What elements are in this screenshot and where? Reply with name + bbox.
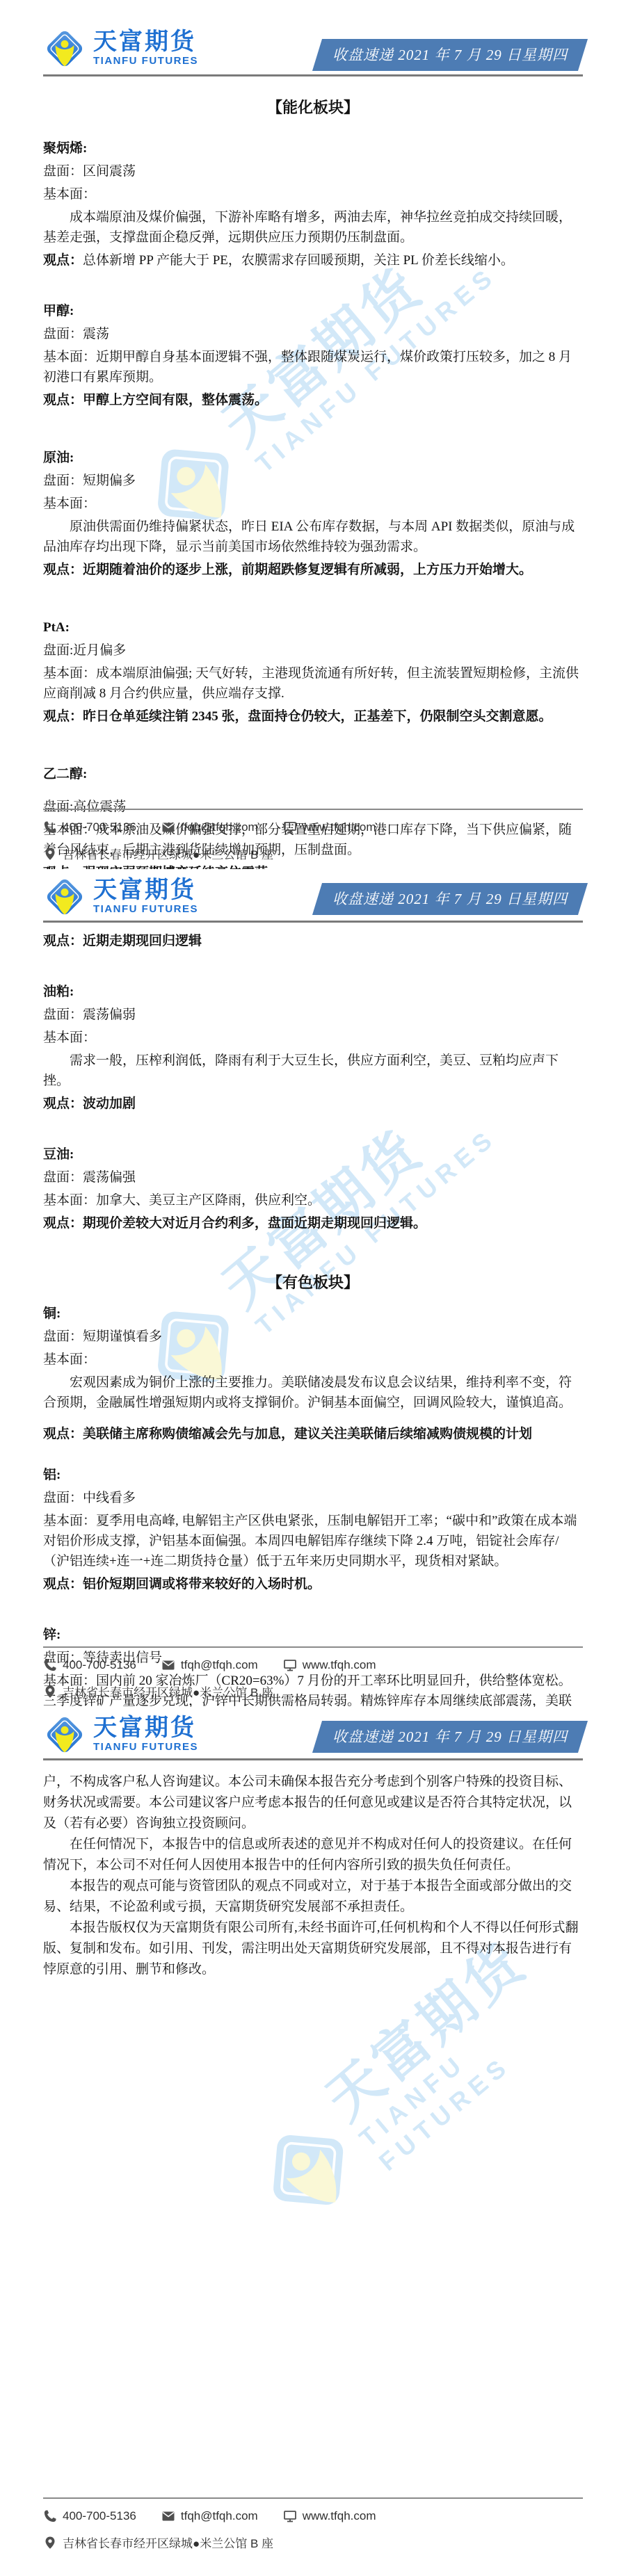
page-3: 天富期货 TIANFU FUTURES 天富期货 TIANFU FUTURES …: [0, 1707, 626, 2576]
footer-divider: [43, 809, 583, 810]
page-header: 天富期货 TIANFU FUTURES 收盘速递 2021 年 7 月 29 日…: [0, 1707, 626, 1760]
footer-phone-item: 400-700-5136: [43, 820, 136, 834]
product-name: PtA:: [43, 617, 583, 638]
jiben-line: 基本面：成本端原油偏强; 天气好转，主港现货流通有所好转，但主流装置短期检修，主…: [43, 663, 583, 704]
brand-name-cn: 天富期货: [93, 877, 198, 902]
jiben-paragraph: 成本端原油及煤价偏强，下游补库略有增多，两油去库，神华拉丝竞拍成交持续回暖，基差…: [43, 207, 583, 248]
product-oil-meal: 油粕: 盘面：震荡偏弱 基本面： 需求一般，压榨利润低，降雨有利于大豆生长，供应…: [43, 982, 583, 1114]
banner-date-text: 收盘速递 2021 年 7 月 29 日星期四: [317, 39, 583, 71]
footer-divider: [43, 1646, 583, 1648]
jiben-paragraph: 原油供需面仍维持偏紧状态，昨日 EIA 公布库存数据，与本周 API 数据类似，…: [43, 517, 583, 557]
footer-email-item: tfqh@tfqh.com: [161, 1658, 258, 1672]
jiben-line: 基本面：加拿大、美豆主产区降雨，供应利空。: [43, 1190, 583, 1210]
tianfu-diamond-watermark-icon: [233, 2094, 383, 2246]
tianfu-logo: 天富期货 TIANFU FUTURES: [43, 873, 198, 921]
product-crude-oil: 原油: 盘面：短期偏多 基本面： 原油供需面仍维持偏紧状态，昨日 EIA 公布库…: [43, 448, 583, 580]
location-pin-icon: [43, 2536, 57, 2550]
tianfu-diamond-logo-icon: [43, 1711, 86, 1758]
disclaimer-paragraph: 在任何情况下，本报告中的信息或所表述的意见并不构成对任何人的投资建议。在任何情况…: [43, 1834, 583, 1876]
footer-address-item: 吉林省长春市经开区绿城●米兰公馆 B 座: [43, 845, 273, 862]
page-2: 天富期货 TIANFU FUTURES 天富期货 TIANFU FUTURES …: [0, 869, 626, 1707]
footer-phone: 400-700-5136: [63, 820, 136, 834]
brand-name-en: TIANFU FUTURES: [93, 1740, 198, 1754]
disclaimer-paragraph: 本报告版权仅为天富期货有限公司所有,未经书面许可,任何机构和个人不得以任何形式翻…: [43, 1918, 583, 1980]
pan-line: 盘面：中线看多: [43, 1488, 583, 1508]
footer-email-item: tfqh@tfqh.com: [161, 2509, 258, 2523]
location-pin-icon: [43, 1685, 57, 1699]
footer-email[interactable]: tfqh@tfqh.com: [181, 2509, 258, 2523]
pan-line: 盘面：震荡: [43, 324, 583, 344]
tianfu-diamond-logo-icon: [43, 25, 86, 72]
banner-date-text: 收盘速递 2021 年 7 月 29 日星期四: [317, 1721, 583, 1753]
footer-phone-item: 400-700-5136: [43, 2509, 136, 2523]
product-aluminum: 铝: 盘面：中线看多 基本面：夏季用电高峰, 电解铝主产区供电紧张，压制电解铝开…: [43, 1465, 583, 1594]
banner-date-text: 收盘速递 2021 年 7 月 29 日星期四: [317, 883, 583, 915]
product-name: 豆油:: [43, 1144, 583, 1165]
product-name: 甲醇:: [43, 301, 583, 321]
product-name: 锌:: [43, 1625, 583, 1645]
brand-name-en: TIANFU FUTURES: [93, 54, 198, 68]
product-pta: PtA: 盘面:近月偏多 基本面：成本端原油偏强; 天气好转，主港现货流通有所好…: [43, 617, 583, 727]
footer-phone: 400-700-5136: [63, 1658, 136, 1672]
phone-icon: [43, 2509, 57, 2523]
pan-line: 盘面：区间震荡: [43, 161, 583, 181]
footer-website[interactable]: www.tfqh.com: [303, 1658, 376, 1672]
product-name: 乙二醇:: [43, 764, 583, 784]
footer-website[interactable]: www.tfqh.com: [303, 820, 376, 834]
viewpoint-line: 观点：甲醇上方空间有限，整体震荡。: [43, 390, 583, 410]
section-title-metal: 【有色板块】: [43, 1272, 583, 1293]
viewpoint-line: 观点：波动加剧: [43, 1094, 583, 1114]
footer-phone: 400-700-5136: [63, 2509, 136, 2523]
page-header: 天富期货 TIANFU FUTURES 收盘速递 2021 年 7 月 29 日…: [0, 869, 626, 923]
product-copper: 铜: 盘面：短期谨慎看多 基本面： 宏观因素成为铜价上涨的主要推力。美联储凌晨发…: [43, 1304, 583, 1444]
jiben-paragraph: 宏观因素成为铜价上涨的主要推力。美联储凌晨发布议息会议结果，维持利率不变，符合预…: [43, 1372, 583, 1413]
monitor-icon: [283, 1658, 297, 1672]
pan-line: 盘面:近月偏多: [43, 640, 583, 661]
jiben-line: 基本面：夏季用电高峰, 电解铝主产区供电紧张，压制电解铝开工率；“碳中和”政策在…: [43, 1511, 583, 1571]
viewpoint-line: 观点：总体新增 PP 产能大于 PE，农膜需求存回暖预期，关注 PL 价差长线缩…: [43, 250, 583, 270]
footer-divider: [43, 2497, 583, 2499]
footer-website-item: www.tfqh.com: [283, 2509, 376, 2523]
footer-address-item: 吉林省长春市经开区绿城●米兰公馆 B 座: [43, 2534, 273, 2551]
closing-express-banner: 收盘速递 2021 年 7 月 29 日星期四: [317, 1721, 583, 1753]
palm-viewpoint-continuation: 观点：近期走期现回归逻辑: [43, 931, 583, 951]
viewpoint-line: 观点：美联储主席称购债缩减会先与加息，建议关注美联储后续缩减购债规模的计划: [43, 1424, 583, 1444]
jiben-label: 基本面：: [43, 1028, 583, 1048]
pan-line: 盘面：震荡偏弱: [43, 1005, 583, 1025]
mail-icon: [161, 2509, 175, 2523]
phone-icon: [43, 820, 57, 834]
pan-line: 盘面：震荡偏强: [43, 1167, 583, 1188]
product-name: 聚炳烯:: [43, 138, 583, 159]
footer-email-item: tfqh@tfqh.com: [161, 820, 258, 834]
footer-address: 吉林省长春市经开区绿城●米兰公馆 B 座: [63, 845, 273, 862]
page-header: 天富期货 TIANFU FUTURES 收盘速递 2021 年 7 月 29 日…: [0, 0, 626, 76]
viewpoint-line: 观点：昨日仓单延续注销 2345 张，盘面持仓仍较大，正基差下，仍限制空头交割意…: [43, 706, 583, 727]
viewpoint-line: 观点：近期随着油价的逐步上涨，前期超跌修复逻辑有所减弱，上方压力开始增大。: [43, 560, 583, 580]
viewpoint-line: 观点：期现价差较大对近月合约利多，盘面近期走期现回归逻辑。: [43, 1213, 583, 1233]
location-pin-icon: [43, 847, 57, 861]
closing-express-banner: 收盘速递 2021 年 7 月 29 日星期四: [317, 39, 583, 71]
product-polypropylene: 聚炳烯: 盘面：区间震荡 基本面： 成本端原油及煤价偏强，下游补库略有增多，两油…: [43, 138, 583, 270]
header-divider: [43, 74, 583, 76]
jiben-line: 基本面：近期甲醇自身基本面逻辑不强，整体跟随煤炭运行，煤价政策打压较多，加之 8…: [43, 347, 583, 387]
product-methanol: 甲醇: 盘面：震荡 基本面：近期甲醇自身基本面逻辑不强，整体跟随煤炭运行，煤价政…: [43, 301, 583, 410]
footer-website-item: www.tfqh.com: [283, 1658, 376, 1672]
footer-address: 吉林省长春市经开区绿城●米兰公馆 B 座: [63, 1683, 273, 1700]
monitor-icon: [283, 820, 297, 834]
jiben-label: 基本面：: [43, 184, 583, 204]
page-footer: 400-700-5136 tfqh@tfqh.com www.tfqh.com …: [43, 809, 583, 862]
footer-website-item: www.tfqh.com: [283, 820, 376, 834]
viewpoint-line: 观点：强现实弱预期博弈延续高位震荡: [43, 863, 583, 869]
footer-address-item: 吉林省长春市经开区绿城●米兰公馆 B 座: [43, 1683, 273, 1700]
page-footer: 400-700-5136 tfqh@tfqh.com www.tfqh.com …: [43, 2497, 583, 2551]
product-soybean-oil: 豆油: 盘面：震荡偏强 基本面：加拿大、美豆主产区降雨，供应利空。 观点：期现价…: [43, 1144, 583, 1233]
disclaimer-paragraph: 户，不构成客户私人咨询建议。本公司未确保本报告充分考虑到个别客户特殊的投资目标、…: [43, 1772, 583, 1834]
product-name: 油粕:: [43, 982, 583, 1002]
product-name: 铜:: [43, 1304, 583, 1324]
monitor-icon: [283, 2509, 297, 2523]
footer-website[interactable]: www.tfqh.com: [303, 2509, 376, 2523]
tianfu-diamond-logo-icon: [43, 873, 86, 921]
jiben-label: 基本面：: [43, 494, 583, 514]
brand-name-cn: 天富期货: [93, 1715, 198, 1740]
tianfu-logo: 天富期货 TIANFU FUTURES: [43, 1711, 198, 1758]
mail-icon: [161, 820, 175, 834]
footer-email[interactable]: tfqh@tfqh.com: [181, 820, 258, 834]
disclaimer-paragraph: 本报告的观点可能与资管团队的观点不同或对立，对于基于本报告全面或部分做出的交易、…: [43, 1876, 583, 1918]
product-name: 铝:: [43, 1465, 583, 1485]
pan-line: 盘面：短期偏多: [43, 471, 583, 491]
tianfu-logo: 天富期货 TIANFU FUTURES: [43, 25, 198, 72]
viewpoint-line: 观点：铝价短期回调或将带来较好的入场时机。: [43, 1574, 583, 1594]
section-title-energy: 【能化板块】: [43, 97, 583, 118]
brand-name-cn: 天富期货: [93, 29, 198, 54]
phone-icon: [43, 1658, 57, 1672]
header-divider: [43, 921, 583, 923]
pan-line: 盘面：短期谨慎看多: [43, 1327, 583, 1347]
product-name: 原油:: [43, 448, 583, 468]
footer-address: 吉林省长春市经开区绿城●米兰公馆 B 座: [63, 2534, 273, 2551]
footer-email[interactable]: tfqh@tfqh.com: [181, 1658, 258, 1672]
brand-name-en: TIANFU FUTURES: [93, 902, 198, 916]
jiben-paragraph: 需求一般，压榨利润低，降雨有利于大豆生长，供应方面利空，美豆、豆粕均应声下挫。: [43, 1051, 583, 1091]
header-divider: [43, 1758, 583, 1760]
mail-icon: [161, 1658, 175, 1672]
footer-phone-item: 400-700-5136: [43, 1658, 136, 1672]
page-1: 天富期货 TIANFU FUTURES 天富期货 TIANFU FUTURES …: [0, 0, 626, 869]
closing-express-banner: 收盘速递 2021 年 7 月 29 日星期四: [317, 883, 583, 915]
jiben-label: 基本面：: [43, 1350, 583, 1370]
page-footer: 400-700-5136 tfqh@tfqh.com www.tfqh.com …: [43, 1646, 583, 1700]
